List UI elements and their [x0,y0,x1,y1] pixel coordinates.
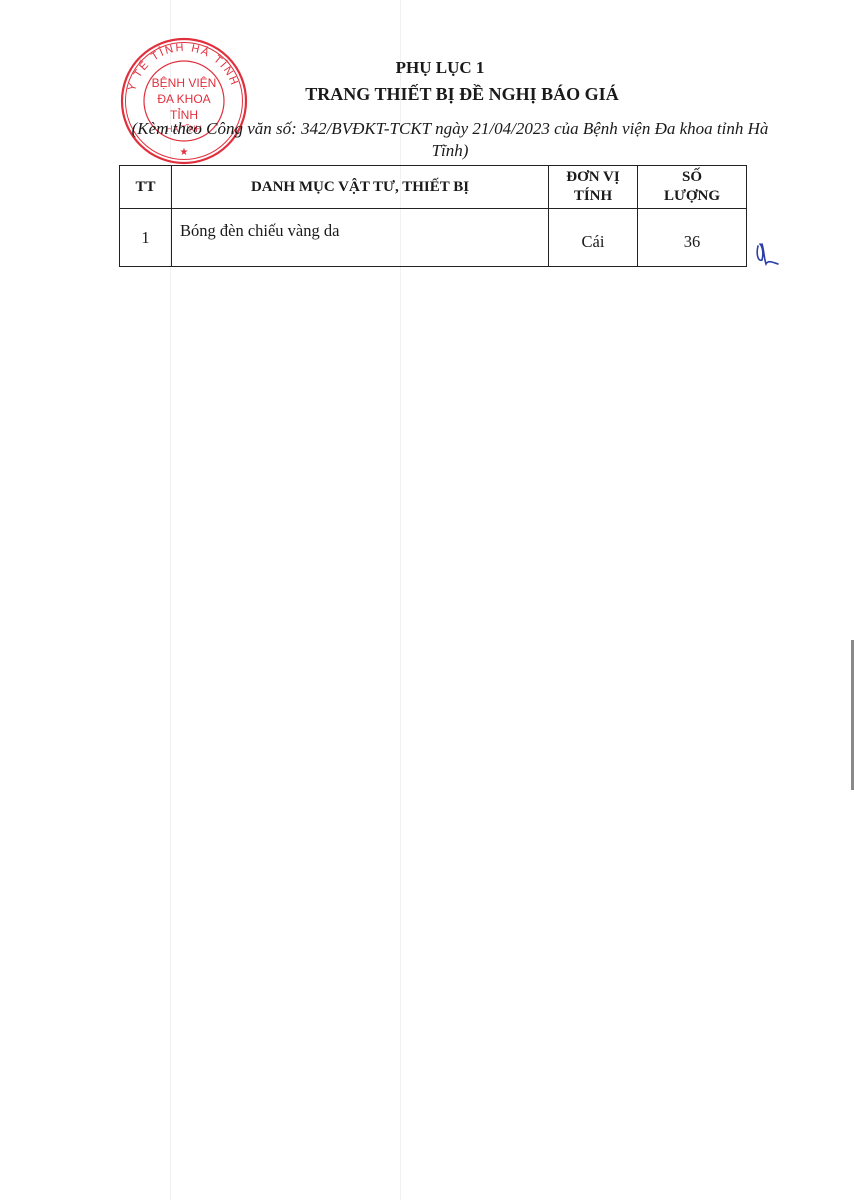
cell-qty: 36 [638,209,747,267]
table-row: 1Bóng đèn chiếu vàng daCái36 [120,209,747,267]
cell-unit: Cái [549,209,638,267]
col-header-tt: TT [120,166,172,209]
table-header-row: TT DANH MỤC VẬT TƯ, THIẾT BỊ ĐƠN VỊTÍNH … [120,166,747,209]
col-header-qty: SỐLƯỢNG [638,166,747,209]
cell-tt: 1 [120,209,172,267]
appendix-label: PHỤ LỤC 1 [0,58,854,78]
document-title: TRANG THIẾT BỊ ĐỀ NGHỊ BÁO GIÁ [0,84,854,105]
equipment-table: TT DANH MỤC VẬT TƯ, THIẾT BỊ ĐƠN VỊTÍNH … [119,165,747,267]
handwritten-initials [754,240,794,270]
col-header-name: DANH MỤC VẬT TƯ, THIẾT BỊ [172,166,549,209]
cell-name: Bóng đèn chiếu vàng da [172,209,549,267]
col-header-unit: ĐƠN VỊTÍNH [549,166,638,209]
document-subtitle: (Kèm theo Công văn số: 342/BVĐKT-TCKT ng… [120,118,780,162]
